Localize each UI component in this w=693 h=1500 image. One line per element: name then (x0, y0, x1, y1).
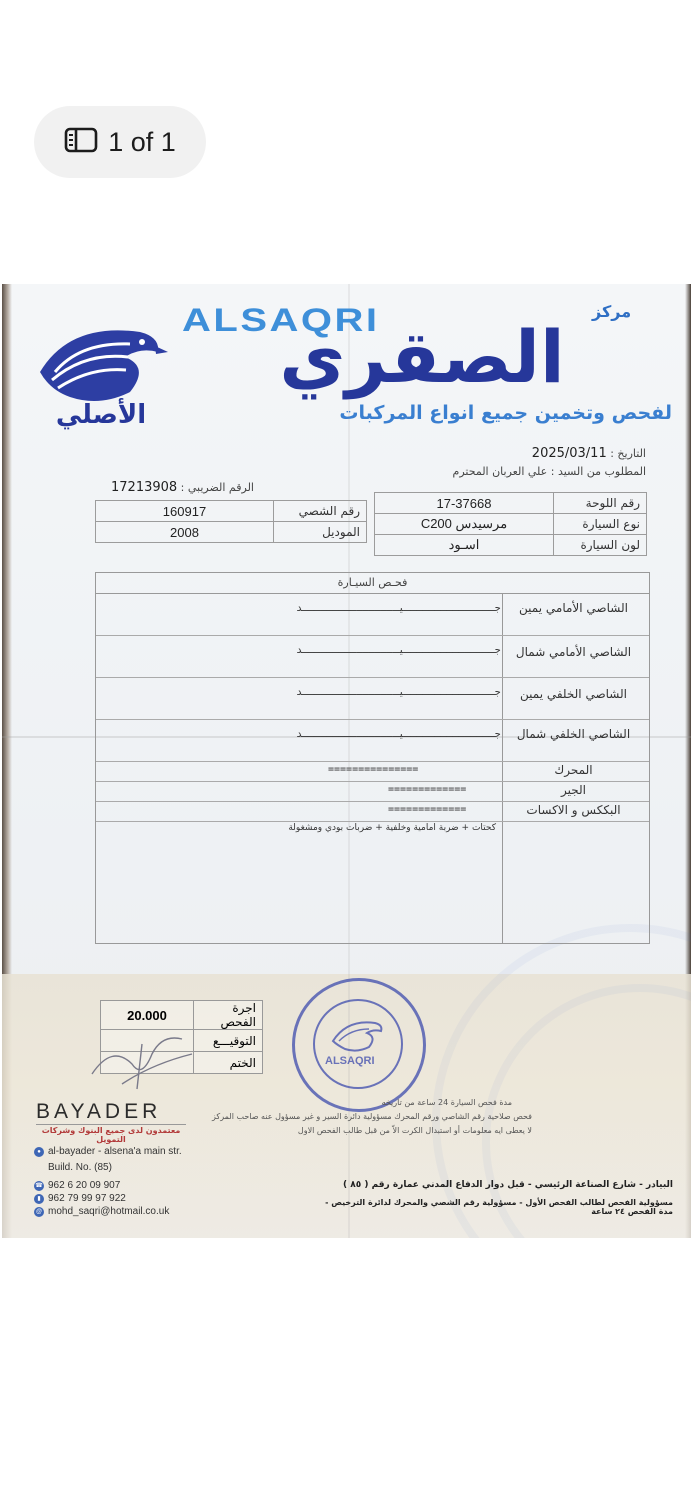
plate-value: 17-37668 (375, 493, 554, 514)
email-icon: @ (34, 1207, 44, 1217)
logo-caption: الأصلي (36, 400, 166, 430)
contact-text: Build. No. (85) (48, 1162, 112, 1173)
tax-number-value: 17213908 (111, 480, 177, 495)
contact-building: Build. No. (85) (48, 1162, 112, 1173)
chassis-model-table: 160917رقم الشصي 2008الموديل (95, 500, 367, 543)
car-type-label: نوع السيارة (554, 514, 647, 535)
contact-email: @ mohd_saqri@hotmail.co.uk (34, 1206, 169, 1217)
date-line: التاريخ : 2025/03/11 (482, 446, 646, 461)
row-value: ============= (388, 784, 466, 795)
contact-text: 962 79 99 97 922 (48, 1193, 126, 1204)
chassis-label: رقم الشصي (274, 501, 367, 522)
signature-mark (82, 1024, 202, 1094)
row-label: البككس و الاكسات (506, 803, 641, 817)
inspection-document: الأصلي ALSAQRI مركز الصقري لفحص وتخمين ج… (2, 284, 691, 1238)
contact-address: ● al-bayader - alsena'a main str. (34, 1146, 182, 1157)
car-type-value: C200 مرسيدس (375, 514, 554, 535)
vehicle-info-table: 17-37668رقم اللوحة C200 مرسيدسنوع السيار… (374, 492, 647, 556)
contact-text: mohd_saqri@hotmail.co.uk (48, 1206, 169, 1217)
stamp-eagle-icon (329, 1015, 387, 1055)
date-label: التاريخ : (610, 447, 646, 460)
company-stamp: ALSAQRI (292, 978, 426, 1112)
location-icon: ● (34, 1147, 44, 1157)
note-line: فحص صلاحية رقم الشاصي ورقم المحرك مسؤولي… (202, 1112, 532, 1121)
tax-number-label: الرقم الضريبي : (181, 481, 254, 494)
requested-by-label: المطلوب من السيد (558, 465, 646, 478)
car-color-label: لون السيارة (554, 535, 647, 556)
footer-disclaimer: مسؤولية الفحص لطالب الفحص الأول - مسؤولي… (313, 1198, 673, 1216)
eagle-logo-icon (30, 312, 170, 412)
car-color-value: اسـود (375, 535, 554, 556)
contact-text: al-bayader - alsena'a main str. (48, 1146, 182, 1157)
tax-number-line: الرقم الضريبي : 17213908 (94, 480, 254, 495)
contact-phone: ☎ 962 6 20 09 907 (34, 1180, 120, 1191)
signature-label: التوقيـــع (194, 1030, 263, 1052)
contact-text: 962 6 20 09 907 (48, 1180, 120, 1191)
note-line: لا يعطى ايه معلومات أو استبدال الكرت الا… (202, 1126, 532, 1135)
model-value: 2008 (96, 522, 274, 543)
note-line: مدة فحص السيارة 24 ساعة من تاريخه (182, 1098, 512, 1107)
inspection-remarks: كحتات + ضربة امامية وخلفية + ضربات بودي … (216, 823, 496, 833)
page-icon (64, 127, 98, 157)
date-value: 2025/03/11 (532, 446, 607, 461)
row-value: جـــــــــــــــيــــــــــــــــد (296, 645, 501, 656)
stamp-text: ALSAQRI (325, 1055, 375, 1067)
model-label: الموديل (274, 522, 367, 543)
brand-tagline: لفحص وتخمين جميع انواع المركبات (302, 402, 672, 424)
row-value: =============== (328, 764, 418, 775)
requested-by-line: المطلوب من السيد : علي العربان المحترم (382, 465, 646, 478)
fee-label: اجرة الفحص (194, 1001, 263, 1030)
phone-icon: ☎ (34, 1181, 44, 1191)
row-value: جـــــــــــــــيــــــــــــــــد (296, 729, 501, 740)
row-label: المحرك (506, 763, 641, 777)
plate-label: رقم اللوحة (554, 493, 647, 514)
mobile-icon: ▮ (34, 1194, 44, 1204)
requested-by-value: : علي العربان المحترم (453, 465, 555, 478)
partner-name: BAYADER (36, 1100, 161, 1124)
row-value: جـــــــــــــــيــــــــــــــــد (296, 603, 501, 614)
stamp-label: الختم (194, 1052, 263, 1074)
contact-mobile: ▮ 962 79 99 97 922 (34, 1193, 126, 1204)
row-label: الجير (506, 783, 641, 797)
page-count: 1 of 1 (108, 127, 176, 158)
row-value: جـــــــــــــــيــــــــــــــــد (296, 687, 501, 698)
row-value: ============= (388, 804, 466, 815)
inspection-table: فحـص السيـارة الشاصي الأمامي يمين جـــــ… (95, 572, 650, 944)
row-label: الشاصي الخلفي يمين (506, 687, 641, 701)
row-label: الشاصي الأمامي شمال (506, 645, 641, 659)
page-indicator: 1 of 1 (34, 106, 206, 178)
footer-address: البيادر - شارع الصناعة الرئيسي - قبل دوا… (313, 1180, 673, 1190)
inspection-title: فحـص السيـارة (96, 573, 649, 594)
row-label: الشاصي الخلفي شمال (506, 727, 641, 741)
row-label: الشاصي الأمامي يمين (506, 601, 641, 615)
partner-subtitle: معتمدون لدى جميع البنوك وشركات التمويل (36, 1124, 186, 1144)
chassis-value: 160917 (96, 501, 274, 522)
brand-arabic-name: الصقري (177, 314, 667, 400)
